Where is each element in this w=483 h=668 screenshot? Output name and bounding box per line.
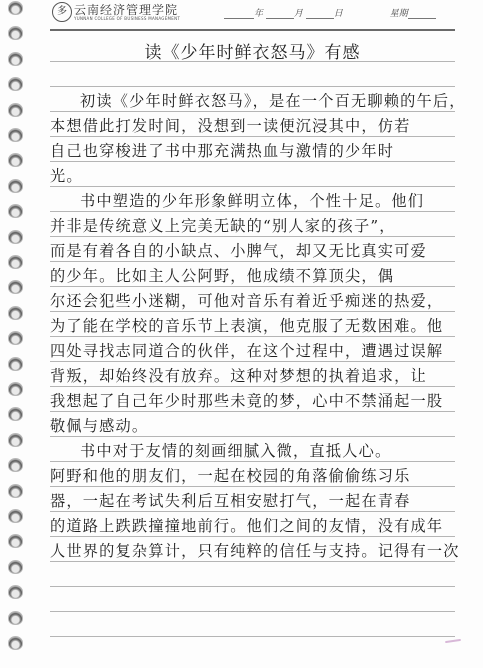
binding-hole bbox=[8, 611, 23, 625]
essay-title: 读《少年时鲜衣怒马》有感 bbox=[50, 38, 455, 63]
essay-line: 为了能在学校的音乐节上表演，他克服了无数困难。他 bbox=[50, 316, 455, 336]
month-label: 月 bbox=[294, 9, 303, 19]
ruled-line bbox=[50, 236, 455, 237]
ruled-line bbox=[50, 161, 455, 162]
ruled-line bbox=[50, 86, 455, 87]
page-header: 多 云南经济管理学院 YUNNAN COLLEGE OF BUSINESS MA… bbox=[48, 0, 458, 30]
binding-hole bbox=[8, 204, 23, 218]
essay-line: 的少年。比如主人公阿野，他成绩不算顶尖，偶 bbox=[50, 266, 455, 286]
ruled-line bbox=[50, 411, 455, 412]
binding-hole bbox=[8, 458, 23, 472]
ruled-line bbox=[50, 636, 455, 637]
binding-hole bbox=[8, 153, 23, 167]
month-blank bbox=[266, 8, 294, 19]
essay-line: 阿野和他的朋友们，一起在校园的角落偷偷练习乐 bbox=[50, 466, 455, 486]
essay-line: 尔还会犯些小迷糊，可他对音乐有着近乎痴迷的热爱， bbox=[50, 291, 455, 311]
header-divider bbox=[50, 29, 455, 31]
essay-line: 并非是传统意义上完美无缺的“别人家的孩子”， bbox=[50, 216, 455, 236]
essay-line: 书中对于友情的刻画细腻入微，直抵人心。 bbox=[50, 441, 455, 461]
ruled-line bbox=[50, 111, 455, 112]
ruled-line bbox=[50, 361, 455, 362]
ruled-line bbox=[50, 486, 455, 487]
essay-line: 初读《少年时鲜衣怒马》，是在一个百无聊赖的午后， bbox=[50, 91, 455, 111]
binding-hole bbox=[8, 77, 23, 91]
essay-line: 人世界的复杂算计，只有纯粹的信任与支持。记得有一次 bbox=[50, 541, 455, 561]
essay-line: 四处寻找志同道合的伙伴，在这个过程中，遭遇过误解 bbox=[50, 341, 455, 361]
day-blank bbox=[306, 8, 334, 19]
essay-line: 本想借此打发时间，没想到一读便沉浸其中，仿若 bbox=[50, 116, 455, 136]
school-logo-icon: 多 bbox=[52, 2, 72, 22]
binding-hole bbox=[8, 357, 23, 371]
binding-hole bbox=[8, 128, 23, 142]
ruled-line bbox=[50, 336, 455, 337]
binding-hole bbox=[8, 103, 23, 117]
ruled-line bbox=[50, 261, 455, 262]
binding-hole bbox=[8, 509, 23, 523]
day-label: 日 bbox=[334, 9, 343, 19]
binding-hole bbox=[8, 331, 23, 345]
binding-hole bbox=[8, 255, 23, 269]
essay-line: 敬佩与感动。 bbox=[50, 416, 455, 436]
essay-line: 自己也穿梭进了书中那充满热血与激情的少年时 bbox=[50, 141, 455, 161]
weekday-label: 星期 bbox=[390, 9, 408, 19]
ruled-line bbox=[50, 136, 455, 137]
binding-hole bbox=[8, 306, 23, 320]
essay-line: 光。 bbox=[50, 166, 455, 186]
ink-smudge bbox=[445, 639, 461, 643]
binding-hole bbox=[8, 52, 23, 66]
binding-hole bbox=[8, 1, 23, 15]
weekday-blank bbox=[408, 8, 436, 19]
binding-hole bbox=[8, 280, 23, 294]
year-label: 年 bbox=[254, 9, 263, 19]
ruled-line bbox=[50, 586, 455, 587]
binding-hole bbox=[8, 534, 23, 548]
binding-hole bbox=[8, 433, 23, 447]
essay-line: 的道路上跌跌撞撞地前行。他们之间的友情，没有成年 bbox=[50, 516, 455, 536]
ruled-line bbox=[50, 186, 455, 187]
year-blank bbox=[224, 8, 254, 19]
essay-line: 而是有着各自的小缺点、小脾气，却又无比真实可爱 bbox=[50, 241, 455, 261]
binding-hole bbox=[8, 179, 23, 193]
binding-hole bbox=[8, 382, 23, 396]
ruled-line bbox=[50, 311, 455, 312]
ruled-line bbox=[50, 461, 455, 462]
binding-hole bbox=[8, 585, 23, 599]
binding-hole bbox=[8, 407, 23, 421]
binding-holes bbox=[6, 0, 30, 668]
binding-hole bbox=[8, 230, 23, 244]
binding-hole bbox=[8, 560, 23, 574]
ruled-line bbox=[50, 536, 455, 537]
essay-line: 背叛，却始终没有放弃。这种对梦想的执着追求，让 bbox=[50, 366, 455, 386]
essay-line: 我想起了自己年少时那些未竟的梦，心中不禁涌起一股 bbox=[50, 391, 455, 411]
school-name-en: YUNNAN COLLEGE OF BUSINESS MANAGEMENT bbox=[74, 16, 180, 21]
binding-hole bbox=[8, 26, 23, 40]
binding-hole bbox=[8, 636, 23, 650]
notebook-page: 多 云南经济管理学院 YUNNAN COLLEGE OF BUSINESS MA… bbox=[0, 0, 483, 668]
binding-hole bbox=[8, 484, 23, 498]
ruled-line bbox=[50, 386, 455, 387]
ruled-line bbox=[50, 211, 455, 212]
ruled-line bbox=[50, 611, 455, 612]
essay-line: 器，一起在考试失利后互相安慰打气，一起在青春 bbox=[50, 491, 455, 511]
essay-line: 书中塑造的少年形象鲜明立体，个性十足。他们 bbox=[50, 191, 455, 211]
ruled-line bbox=[50, 61, 455, 62]
ruled-line bbox=[50, 561, 455, 562]
ruled-line bbox=[50, 436, 455, 437]
date-fields: 年 月 日 星期 bbox=[224, 6, 459, 20]
ruled-line bbox=[50, 511, 455, 512]
ruled-line bbox=[50, 286, 455, 287]
